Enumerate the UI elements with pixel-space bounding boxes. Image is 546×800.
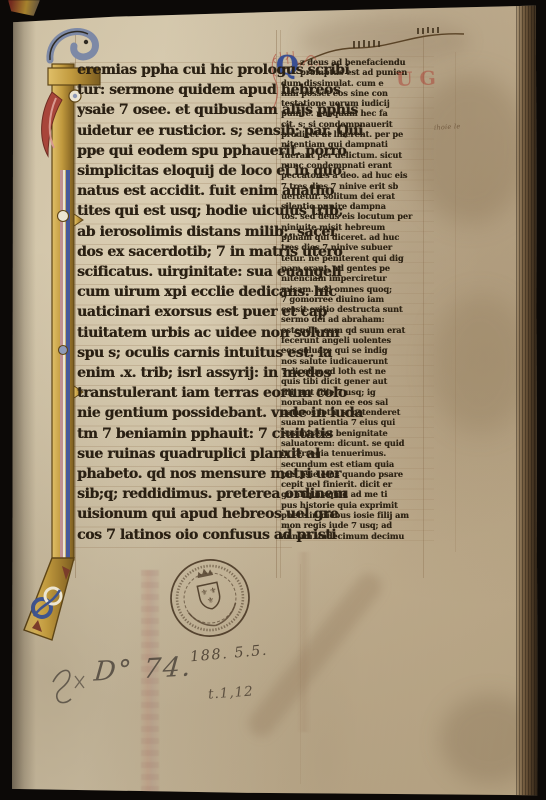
text-line: norabant non ee eos sal [281, 397, 431, 407]
main-text-column: eremias ppha cui hic prologus scribitur:… [77, 60, 279, 545]
text-line: eos saluare qui se indig [281, 345, 431, 355]
text-line: transtulerant iam terras eorum colo [77, 383, 279, 403]
text-line: secundum est etiam quia [281, 459, 431, 469]
text-line: tetur. ne peniterent qui dig [281, 253, 431, 263]
text-line: uaticinari exorsus est puer et cap [77, 302, 279, 322]
text-line: phete in diebus iosie filij am [281, 510, 431, 520]
text-line: nam erant. ad gentes pe [281, 263, 431, 273]
text-line: punire. nusquam hec fa [281, 108, 431, 118]
text-line: 7 tres dies 7 ninive erit sb [281, 181, 431, 191]
text-line: spu s; oculis carnis intuitus est. ia [77, 343, 279, 363]
text-line: uidetur ee rusticior. s; sensib; par. Qu… [77, 121, 279, 141]
text-line: ppham qui diceret. ad huc [281, 232, 431, 242]
svg-text:⚜: ⚜ [209, 586, 218, 596]
text-line: sib;q; reddidimus. preterea ordinem [77, 484, 279, 504]
text-line: prodicet ut liberent. per pe [281, 129, 431, 139]
text-line: ab ierosolimis distans milib;. sacer [77, 222, 279, 242]
text-line: eos miserat benignitate [281, 428, 431, 438]
ruling-vertical-line [300, 564, 301, 784]
text-line: natus est accidit. fuit enim anatho [77, 181, 279, 201]
text-line: pus historie quia exprimit [281, 500, 431, 510]
text-line: cum uirum xpi ecclie dedicans. hic [77, 282, 279, 302]
text-line: sue ruinas quadruplici planxit al [77, 444, 279, 464]
text-line: tites qui est usq; hodie uiculus trib; [77, 201, 279, 221]
text-line: ostendit. cum qd suum erat [281, 325, 431, 335]
text-line: enim .x. trib; isrl assyrij: in medos [77, 363, 279, 383]
text-line: z deus ad benefaciendu [300, 57, 431, 67]
text-line: nie gentium possidebant. vnde in iuda [77, 403, 279, 423]
text-line: uertetur. solitum dei erat [281, 191, 431, 201]
text-line: tres dies 7 ninive subuer [281, 242, 431, 252]
text-line: fuerant per delictum. sicut [281, 150, 431, 160]
page-fore-edge [516, 4, 538, 796]
text-line: quis tibi dicit gener aut [281, 376, 431, 386]
text-line: saluatorem: dicunt. se quid [281, 438, 431, 448]
text-line: eremias ppha cui hic prologus scribi [77, 60, 279, 80]
text-line: 7 gomorree diuino iam [281, 294, 431, 304]
text-line: tiuitatem urbis ac uidee non solum [77, 323, 279, 343]
text-line: simplicitas eloquij de loco ei in quo [77, 161, 279, 181]
text-line: tos. sed deus eis locutum per [281, 211, 431, 221]
text-line: sermo dei ad abraham: [281, 314, 431, 324]
text-line: phabeto. qd nos mensure metri uer [77, 464, 279, 484]
text-line: ppe qui eodem spu pphauerit. porro [77, 141, 279, 161]
text-line: 7 dicetur ad loth est ne [281, 366, 431, 376]
old-number-inscription: D° 74. [93, 651, 194, 687]
text-line: uaturos loth. s; ostenderet [281, 407, 431, 417]
pressmark-inscription: t.1,12 [207, 683, 254, 702]
text-line: uisionum qui apud hebreos uel gre [77, 504, 279, 524]
manuscript-photo: Q eremias ppha cui hic prologus scribitu… [0, 0, 546, 800]
text-line: suam patientia 7 eius qui [281, 417, 431, 427]
text-line: niniuite misit hebreum [281, 222, 431, 232]
text-line: misam. sed omnes quoq; [281, 284, 431, 294]
text-line: nunc condempnati erant [281, 160, 431, 170]
text-line: silentio punire dampna [281, 201, 431, 211]
binding-gutter-shadow [10, 4, 36, 796]
gloss-text-column: z deus ad benefaciendupromptus est ad pu… [281, 57, 431, 541]
text-line: pus psie eius quando psare [281, 469, 431, 479]
text-line: go aliquis quid ad me ti [281, 489, 431, 499]
text-line: dos ex sacerdotib; 7 in matris utero [77, 242, 279, 262]
text-line: tur: sermone quidem apud hebreos [77, 80, 279, 100]
text-line: peccatores a deo. ad huc eis [281, 170, 431, 180]
text-line: testatione uerum iudicij [281, 98, 431, 108]
text-line: nos salute iudicauerunt [281, 356, 431, 366]
shelfmark-inscription: 188. 5.5. [189, 643, 268, 666]
text-line: annum undecimum decimu [281, 531, 431, 541]
inscription-scribble [45, 654, 91, 710]
margin-red-letters: UG [396, 67, 444, 91]
svg-text:⚜: ⚜ [206, 595, 215, 605]
text-line: fecerunt angeli uolentes [281, 335, 431, 345]
parchment-stain [430, 294, 530, 434]
text-line: ysaie 7 osee. et quibusdam alijs pphis [77, 100, 279, 120]
parchment-page: Q eremias ppha cui hic prologus scribitu… [10, 4, 538, 796]
text-line: mon regis iude 7 usq; ad [281, 520, 431, 530]
text-line: cessit exitio destructa sunt [281, 304, 431, 314]
text-line: tm 7 beniamin pphauit: 7 ciuitatis [77, 424, 279, 444]
text-line: nitentiam qui dampnati [281, 139, 431, 149]
text-line: cos 7 latinos oio confusus ad pristi [77, 525, 279, 545]
marginal-note: ihoie le [434, 122, 461, 131]
text-line: cepit uel finierit. dicit er [281, 479, 431, 489]
adjacent-folio-fragment [8, 0, 40, 16]
text-line: nitenciam imperciretur [281, 273, 431, 283]
text-line: filij aut filie 7 usq; ig [281, 387, 431, 397]
library-stamp-icon: ⚜ ⚜ ⚜ [160, 550, 260, 646]
text-line: in terregia tenuerimus. [281, 448, 431, 458]
text-line: scificatus. uirginitate: sua euangeli [77, 262, 279, 282]
text-line: cit. s; si condempnauerit [281, 119, 431, 129]
